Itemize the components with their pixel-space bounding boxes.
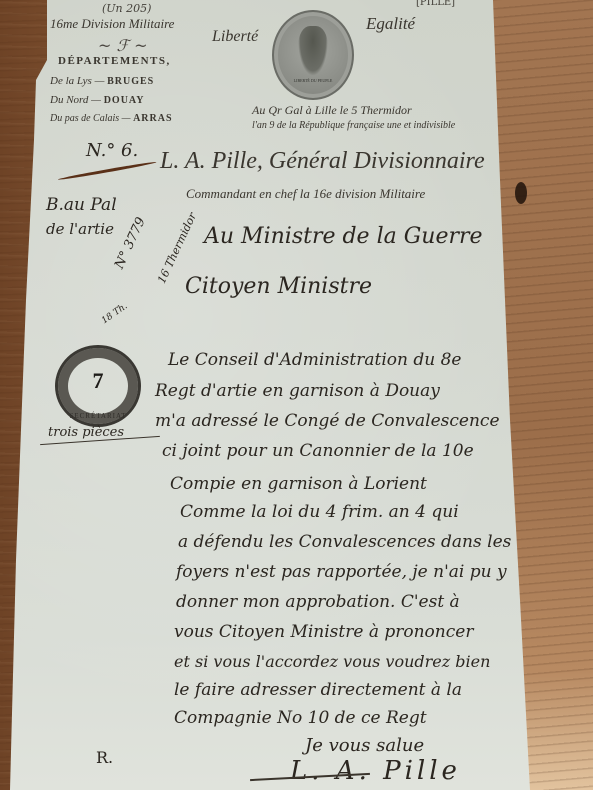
dateline-place: Au Qr Gal à Lille le 5 Thermidor [252,103,412,118]
departement-row: De la Lys — BRUGES [50,75,154,87]
author-title: Commandant en chef la 16e division Milit… [186,186,425,202]
departements-label: DÉPARTEMENTS, [58,55,171,67]
author-name: L. A. Pille, Général Divisionnaire [160,148,485,175]
signature: L. A. Pille [290,756,461,786]
addressee: Au Ministre de la Guerre [204,224,483,249]
motto-egalite: Egalité [366,14,415,34]
closing-salutation: Je vous salue [305,735,424,756]
received-note: 18 Th. [100,301,129,326]
departement-row: Du pas de Calais — ARRAS [50,113,173,124]
division-heading: 16me Division Militaire [50,16,174,32]
body-line: vous Citoyen Ministre à prononcer [174,622,473,642]
body-line: a défendu les Convalescences dans les [178,532,511,552]
departement-name: Du Nord [50,94,88,106]
flourish-ornament: ~ ℱ ~ [98,36,148,55]
stamp-ring-text: SECRÉTARIAT [62,412,134,420]
republic-seal: LIBERTÉ DU PEUPLE [272,10,354,100]
brown-ink-stroke [58,161,157,181]
body-line: Regt d'artie en garnison à Douay [155,381,440,401]
pieces-note: trois pièces [48,425,124,440]
initial-r: R. [96,748,113,767]
stamp-number: 7 [58,368,138,394]
archive-corner-note: [PILLE] [416,0,455,8]
departement-city: BRUGES [107,76,154,87]
seated-liberty-figure-icon [298,26,328,76]
dateline-year: l'an 9 de la République française une et… [252,120,455,131]
body-line: ci joint pour un Canonnier de la 10e [162,441,474,461]
body-line: Le Conseil d'Administration du 8e [168,350,461,370]
departement-name: De la Lys [50,75,92,87]
bureau-note-line1: B.au Pal [46,195,117,215]
body-line: Comme la loi du 4 frim. an 4 qui [180,502,459,522]
body-line: donner mon approbation. C'est à [176,592,460,612]
body-line: foyers n'est pas rapportée, je n'ai pu y [176,562,507,582]
departement-row: Du Nord — DOUAY [50,94,144,106]
body-line: et si vous l'accordez vous voudrez bien [174,652,490,671]
salutation: Citoyen Ministre [185,274,372,299]
catalog-note: (Un 205) [102,2,151,15]
wood-knot [515,182,527,204]
document-number: N.° 6. [86,140,138,161]
registry-number: N° 3779 [112,215,149,271]
seal-inscription: LIBERTÉ DU PEUPLE [274,78,352,83]
bureau-note-line2: de l'artie [46,220,114,238]
secretariat-stamp: 7 SECRÉTARIAT [55,345,141,427]
body-line: Compagnie No 10 de ce Regt [174,708,427,728]
body-line: Compie en garnison à Lorient [170,474,427,494]
departement-city: DOUAY [104,95,145,106]
body-line: le faire adresser directement à la [174,680,462,700]
departement-city: ARRAS [133,113,172,124]
motto-liberte: Liberté [212,28,258,46]
body-line: m'a adressé le Congé de Convalescence [155,411,500,431]
departement-name: Du pas de Calais [50,113,119,124]
